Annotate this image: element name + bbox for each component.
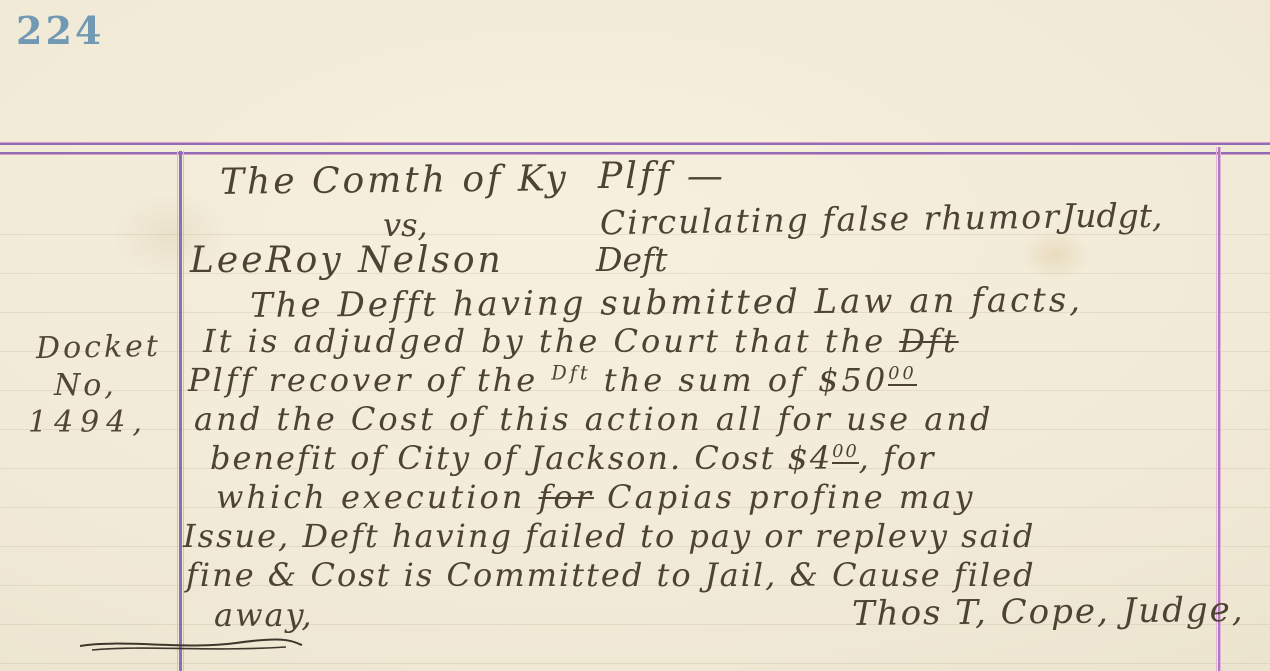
left-margin-rule bbox=[177, 151, 184, 671]
versus-label: vs, bbox=[383, 206, 428, 244]
body-line-1: The Defft having submitted Law an facts, bbox=[250, 280, 1083, 326]
fine-cents: 00 bbox=[888, 364, 916, 386]
body-line-8: fine & Cost is Committed to Jail, & Caus… bbox=[186, 556, 1036, 594]
defendant-name: LeeRoy Nelson bbox=[190, 240, 504, 281]
body-line-5-text2: , for bbox=[859, 439, 936, 477]
body-line-3-text2: the sum of $50 bbox=[591, 361, 889, 399]
cost-cents: 00 bbox=[832, 442, 858, 464]
judge-signature: Thos T, Cope, Judge, bbox=[852, 590, 1245, 634]
paper-stain bbox=[1020, 230, 1090, 280]
struck-word-for: for bbox=[539, 478, 594, 516]
ledger-page: 224 Docket No, 1494, The Comth of Ky Plf… bbox=[0, 0, 1270, 671]
body-line-6-text2: Capias profine may bbox=[594, 478, 975, 516]
flourish-underline bbox=[76, 636, 306, 656]
docket-number: 1494, bbox=[28, 405, 149, 440]
body-line-5: benefit of City of Jackson. Cost $400, f… bbox=[210, 439, 935, 477]
body-line-5-text: benefit of City of Jackson. Cost $4 bbox=[210, 439, 832, 477]
header-rule-pink-2 bbox=[0, 154, 1270, 155]
page-number: 224 bbox=[16, 8, 104, 53]
docket-no-label: No, bbox=[54, 368, 117, 403]
charge-text: Circulating false rhumor bbox=[600, 197, 1061, 242]
plaintiff-role: Plff — bbox=[598, 156, 726, 197]
interlined-word-dft: Dft bbox=[551, 361, 590, 384]
header-rule-purple-1 bbox=[0, 143, 1270, 145]
body-line-2-text: It is adjudged by the Court that the bbox=[203, 322, 899, 360]
defendant-role: Deft bbox=[596, 240, 667, 279]
docket-label: Docket bbox=[36, 329, 161, 366]
body-line-6-text: which execution bbox=[216, 478, 539, 516]
body-line-7: Issue, Deft having failed to pay or repl… bbox=[183, 517, 1035, 555]
plaintiff-name: The Comth of Ky bbox=[220, 158, 569, 203]
body-line-2: It is adjudged by the Court that the Dft bbox=[203, 322, 959, 360]
body-line-9: away, bbox=[214, 596, 314, 634]
body-line-3-text: Plff recover of the bbox=[188, 361, 551, 399]
body-line-4: and the Cost of this action all for use … bbox=[194, 400, 993, 438]
body-line-3: Plff recover of the Dft the sum of $5000 bbox=[188, 361, 917, 399]
body-line-6: which execution for Capias profine may bbox=[216, 478, 975, 516]
entry-type: Judgt, bbox=[1062, 196, 1162, 235]
struck-word-dft: Dft bbox=[899, 322, 958, 360]
